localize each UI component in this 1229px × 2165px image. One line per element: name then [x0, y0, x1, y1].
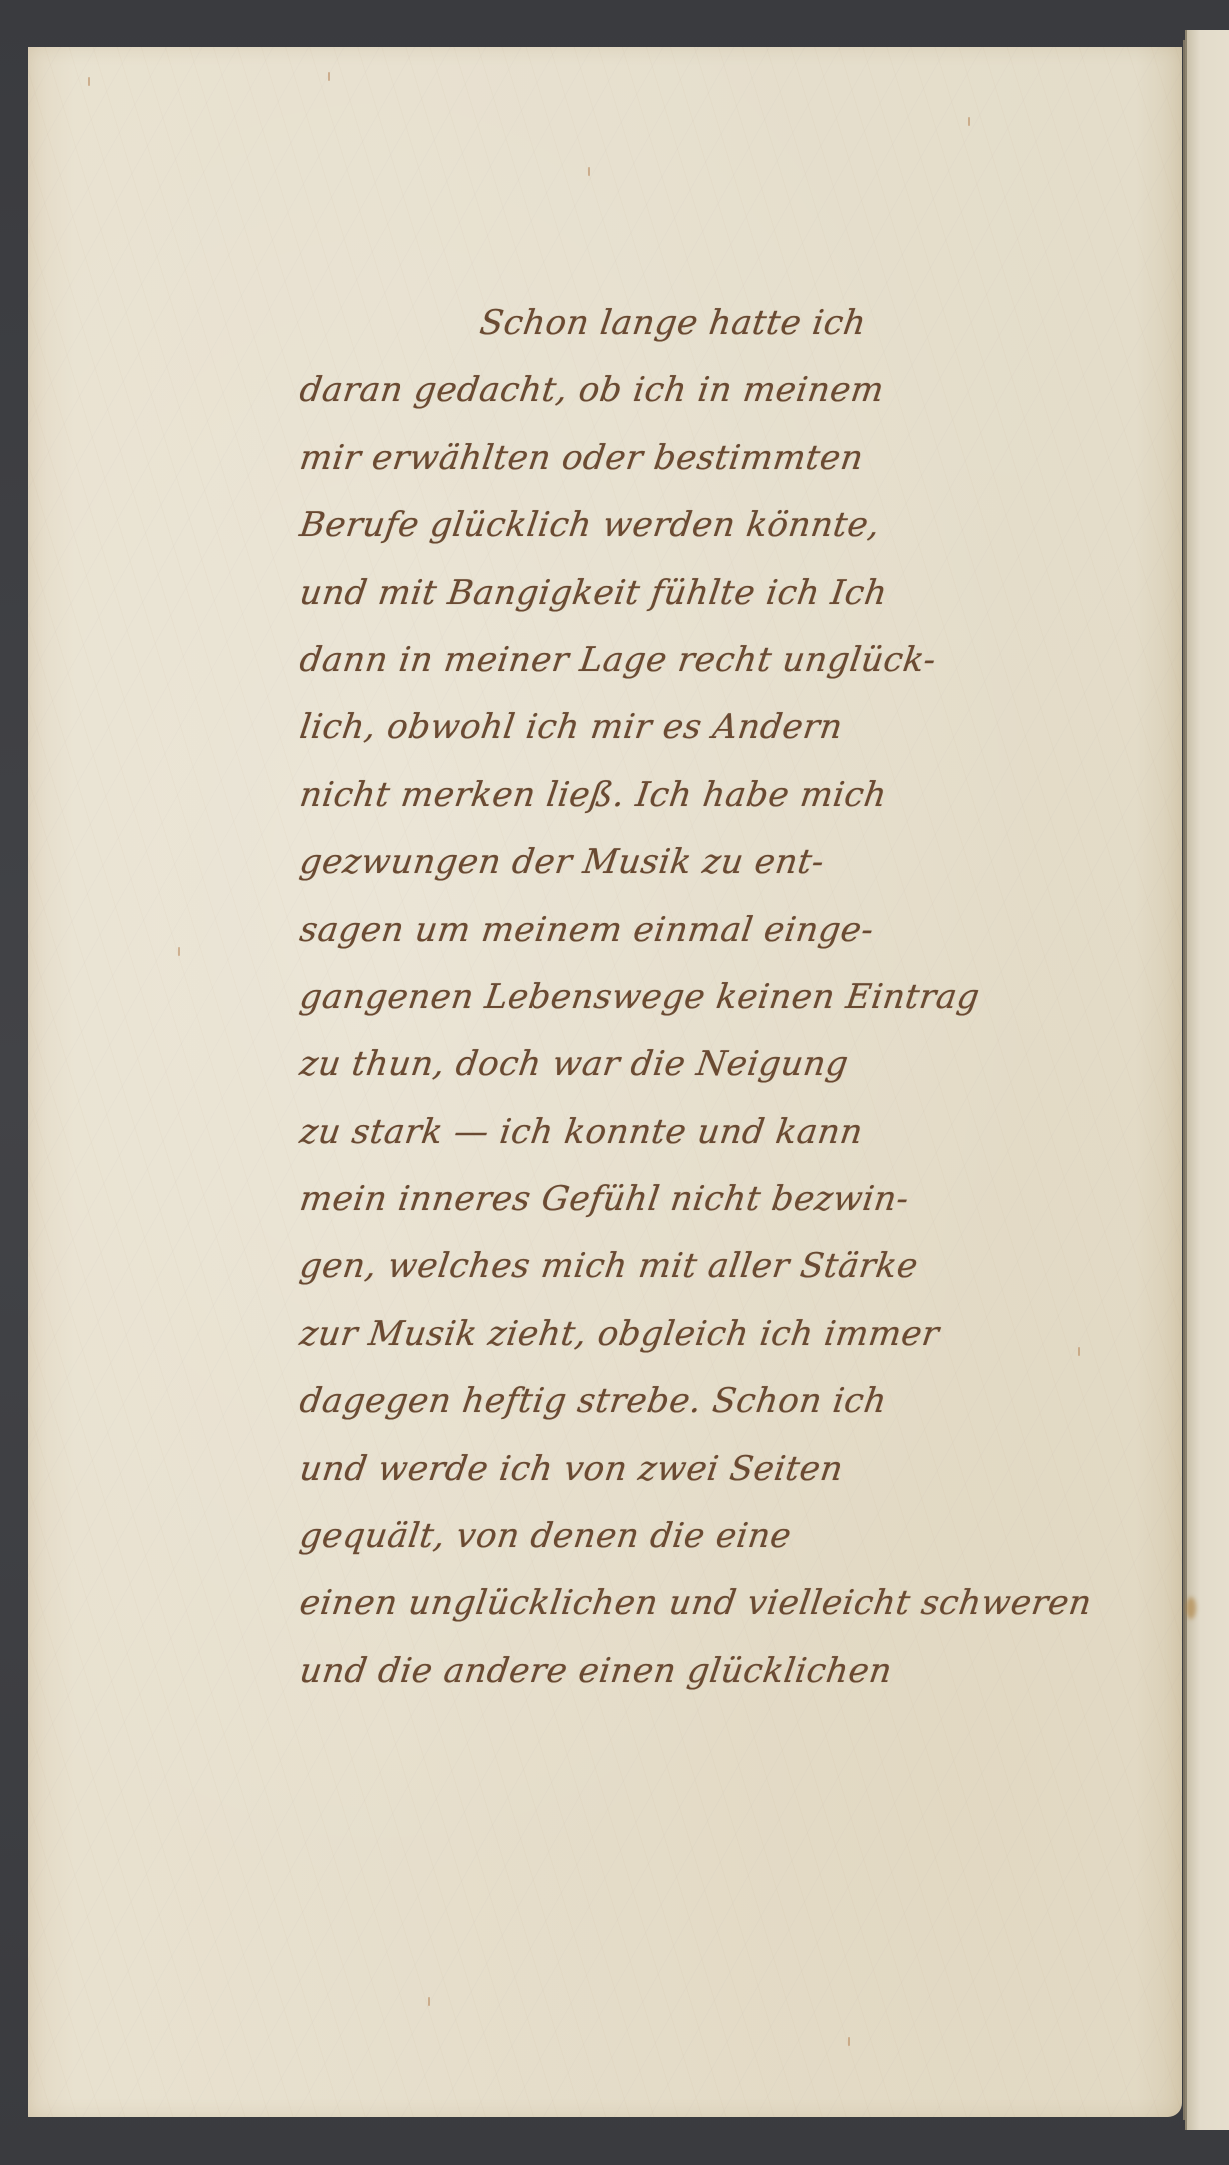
paper-speck — [88, 77, 90, 86]
text-line: lich, obwohl ich mir es Andern — [295, 694, 1064, 761]
text-line: gezwungen der Musik zu ent- — [295, 829, 1064, 896]
text-line: einen unglücklichen und vielleicht schwe… — [295, 1570, 1064, 1637]
paper-speck — [178, 947, 180, 956]
paper-speck — [1078, 1347, 1080, 1356]
paper-speck — [848, 2037, 850, 2046]
text-line: zu thun, doch war die Neigung — [295, 1031, 1064, 1098]
page-gutter — [1183, 40, 1185, 2120]
handwritten-text: Schon lange hatte ich daran gedacht, ob … — [300, 290, 1060, 1705]
text-line: gen, welches mich mit aller Stärke — [295, 1233, 1064, 1300]
text-line: Schon lange hatte ich — [295, 290, 1064, 357]
text-line: dagegen heftig strebe. Schon ich — [295, 1368, 1064, 1435]
paper-speck — [968, 117, 970, 126]
next-page-edge — [1185, 30, 1229, 2130]
text-line: und werde ich von zwei Seiten — [295, 1436, 1064, 1503]
text-line: und die andere einen glücklichen — [295, 1638, 1064, 1705]
text-line: gangenen Lebenswege keinen Eintrag — [295, 964, 1064, 1031]
paper-stain — [1186, 1597, 1196, 1619]
text-line: nicht merken ließ. Ich habe mich — [295, 762, 1064, 829]
text-line: sagen um meinem einmal einge- — [295, 897, 1064, 964]
text-line: und mit Bangigkeit fühlte ich Ich — [295, 560, 1064, 627]
text-line: zur Musik zieht, obgleich ich immer — [295, 1301, 1064, 1368]
text-line: gequält, von denen die eine — [295, 1503, 1064, 1570]
paper-speck — [328, 72, 330, 81]
text-line: dann in meiner Lage recht unglück- — [295, 627, 1064, 694]
paper-speck — [428, 1997, 430, 2006]
text-line: Berufe glücklich werden könnte, — [295, 492, 1064, 559]
paper-speck — [588, 167, 590, 176]
text-line: zu stark — ich konnte und kann — [295, 1099, 1064, 1166]
text-line: mein inneres Gefühl nicht bezwin- — [295, 1166, 1064, 1233]
text-line: mir erwählten oder bestimmten — [295, 425, 1064, 492]
text-line: daran gedacht, ob ich in meinem — [295, 357, 1064, 424]
